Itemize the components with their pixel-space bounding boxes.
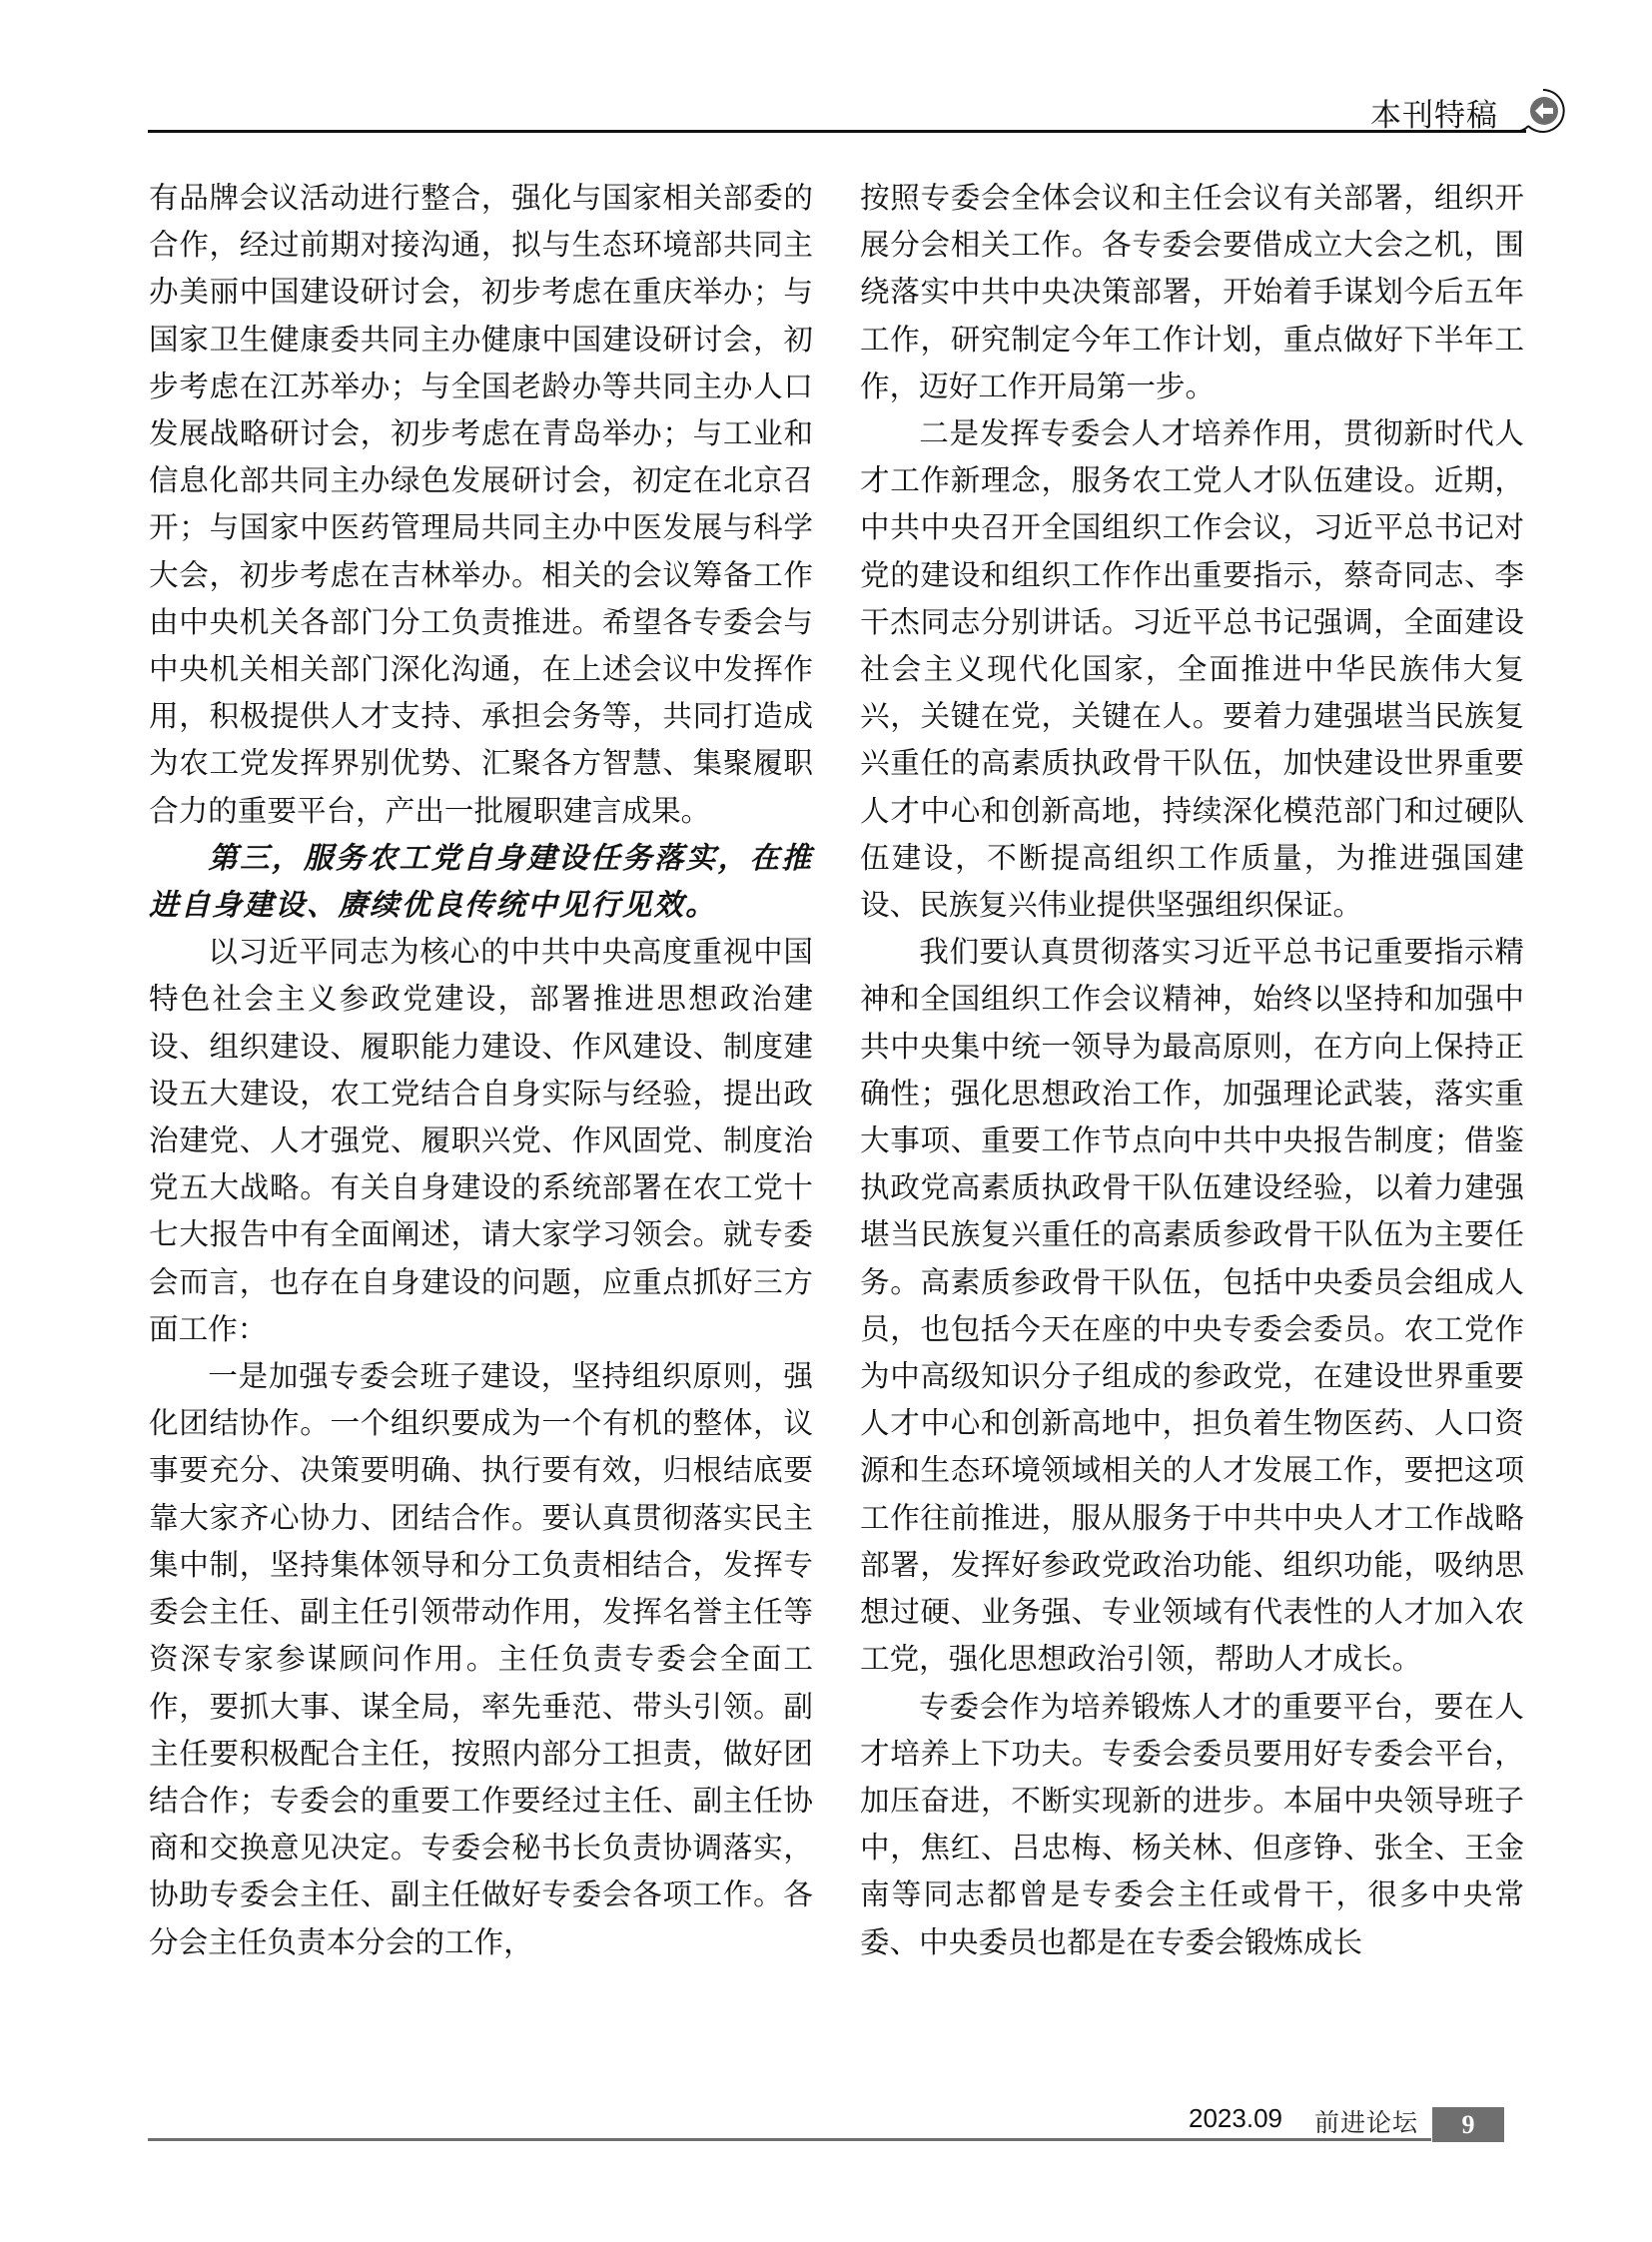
right-column: 按照专委会全体会议和主任会议有关部署，组织开展分会相关工作。各专委会要借成立大会…: [860, 175, 1524, 1966]
paragraph-continuation: 按照专委会全体会议和主任会议有关部署，组织开展分会相关工作。各专委会要借成立大会…: [860, 175, 1524, 410]
paragraph: 专委会作为培养锻炼人才的重要平台，要在人才培养上下功夫。专委会委员要用好专委会平…: [860, 1684, 1524, 1966]
footer-rule: [148, 2138, 1431, 2141]
section-heading: 第三，服务农工党自身建设任务落实，在推进自身建设、赓续优良传统中见行见效。: [149, 835, 813, 929]
paragraph-continuation: 有品牌会议活动进行整合，强化与国家相关部委的合作，经过前期对接沟通，拟与生态环境…: [149, 175, 813, 835]
section-title: 本刊特稿: [1370, 90, 1498, 135]
paragraph: 二是发挥专委会人才培养作用，贯彻新时代人才工作新理念，服务农工党人才队伍建设。近…: [860, 410, 1524, 929]
header-rule: [148, 130, 1526, 133]
circled-left-arrow-icon: [1520, 88, 1566, 134]
paragraph: 以习近平同志为核心的中共中央高度重视中国特色社会主义参政党建设，部署推进思想政治…: [149, 929, 813, 1353]
page-number: 9: [1432, 2107, 1504, 2142]
left-column: 有品牌会议活动进行整合，强化与国家相关部委的合作，经过前期对接沟通，拟与生态环境…: [149, 175, 813, 1966]
journal-name: 前进论坛: [1314, 2103, 1418, 2139]
paragraph: 我们要认真贯彻落实习近平总书记重要指示精神和全国组织工作会议精神，始终以坚持和加…: [860, 929, 1524, 1683]
issue-date: 2023.09: [1189, 2103, 1282, 2134]
paragraph: 一是加强专委会班子建设，坚持组织原则，强化团结协作。一个组织要成为一个有机的整体…: [149, 1353, 813, 1966]
